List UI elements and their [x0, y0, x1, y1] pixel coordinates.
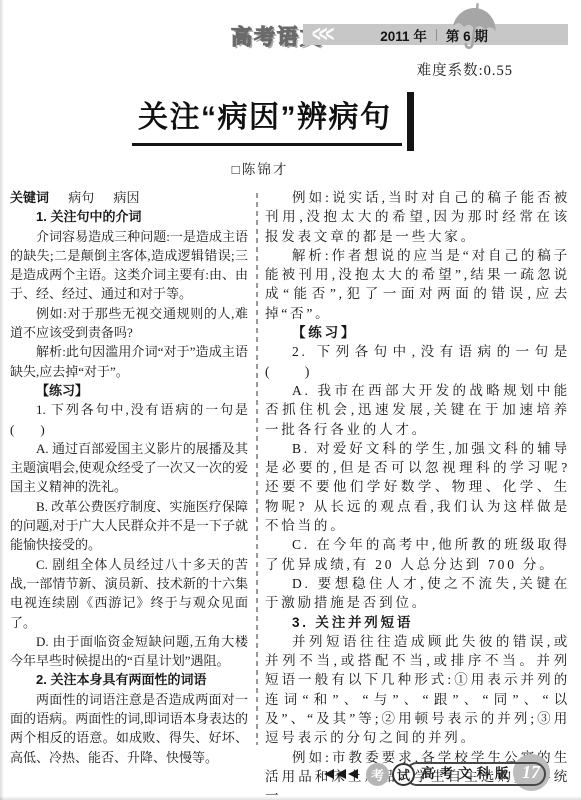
section-heading-3: 3. 关注并列短语: [265, 613, 570, 632]
left-column: 关键词 病句 病因 1. 关注句中的介词 介词容易造成三种问题:一是造成主语的缺…: [10, 188, 248, 767]
option-d: D. 由于面临资金短缺问题,五角大楼今年早些时候提出的“百星计划”遇阻。: [10, 632, 248, 671]
keyword-term: 病因: [114, 190, 140, 205]
issue-band: <<< 2011 年 第 6 期: [303, 24, 568, 45]
issue-year: 2011 年: [380, 25, 427, 45]
option-a: A. 我市在西部大开发的战略规划中能否抓住机会,迅速发展,关键在于加速培养一批各…: [265, 381, 570, 439]
umbrella-icon: [443, 0, 504, 65]
exercise-label: 【练习】: [265, 323, 570, 342]
example-paragraph: 例如:对于那些无视交通规则的人,难道不应该受到责备吗?: [10, 304, 248, 343]
scan-edge-left: [0, 0, 4, 800]
option-b: B. 对爱好文科的学生,加强文科的辅导是必要的,但是否可以忽视理科的学习呢? 还…: [265, 439, 570, 535]
exercise-label: 【练习】: [10, 381, 248, 400]
column-divider: [256, 193, 258, 745]
question-stem: 2. 下列各句中,没有语病的一句是( ): [265, 342, 570, 381]
magazine-page: { "header": { "magazine": "高考语文", "chevr…: [0, 0, 581, 800]
section-heading-2: 2. 关注本身具有两面性的词语: [10, 670, 248, 689]
paragraph: 介词容易造成三种问题:一是造成主语的缺失;二是颠倒主客体,造成逻辑错误;三是造成…: [10, 227, 248, 304]
article-title-block: 关注“病因”辨病句: [132, 97, 402, 146]
analysis-paragraph: 解析:此句因滥用介词“对于”造成主语缺失,应去掉“对于”。: [10, 342, 248, 381]
article-author: □陈锦才: [132, 158, 388, 178]
paragraph: 两面性的词语注意是否造成两面对一面的语病。两面性的词,即词语本身表达的两个相反的…: [10, 690, 248, 767]
option-c: C. 在今年的高考中,他所教的班级取得了优异成绩,有 20 人总分达到 700 …: [265, 535, 570, 574]
left-arrow-icon: [348, 769, 358, 779]
paragraph: 并列短语往往造成顾此失彼的错误,或并列不当,或搭配不当,或排序不当。并列短语一般…: [265, 632, 570, 748]
left-arrow-icon: [336, 769, 346, 779]
keyword-term: 病句: [68, 190, 94, 205]
right-column: 例如:说实话,当时对自己的稿子能否被刊用,没抱太大的希望,因为那时经常在该报发表…: [265, 188, 570, 800]
edition-label: 高考文科版: [405, 762, 546, 786]
analysis-paragraph: 解析:作者想说的应当是“对自己的稿子能被刊用,没抱太大的希望”,结果一疏忽说成“…: [265, 246, 570, 323]
section-heading-1: 1. 关注句中的介词: [10, 207, 248, 226]
keywords-line: 关键词 病句 病因: [10, 188, 248, 207]
option-d: D. 要想稳住人才,使之不流失,关键在于激励措施是否到位。: [265, 574, 570, 613]
option-c: C. 剧组全体人员经过八十多天的苦战,一部情节新、演员新、技术新的十六集电视连续…: [10, 555, 248, 632]
band-separator: [436, 29, 437, 41]
page-footer: 考 试 高考文科版 17: [324, 753, 550, 795]
keywords-label: 关键词: [10, 190, 49, 205]
example-paragraph: 例如:说实话,当时对自己的稿子能否被刊用,没抱太大的希望,因为那时经常在该报发表…: [265, 188, 570, 246]
option-b: B. 改革公费医疗制度、实施医疗保障的问题,对于广大人民群众并不是一下子就能愉快…: [10, 497, 248, 555]
question-stem: 1. 下列各句中,没有语病的一句是( ): [10, 400, 248, 439]
option-a: A. 通过百部爱国主义影片的展播及其主题演唱会,使观众经受了一次又一次的爱国主义…: [10, 439, 248, 497]
chevrons-left-icon: <<<: [312, 21, 332, 47]
badge-shi: 试: [392, 763, 415, 786]
difficulty-coefficient: 难度系数:0.55: [417, 59, 513, 80]
left-arrow-icon: [324, 769, 334, 779]
badge-kao: 考: [366, 763, 389, 786]
article-title: 关注“病因”辨病句: [138, 97, 392, 139]
